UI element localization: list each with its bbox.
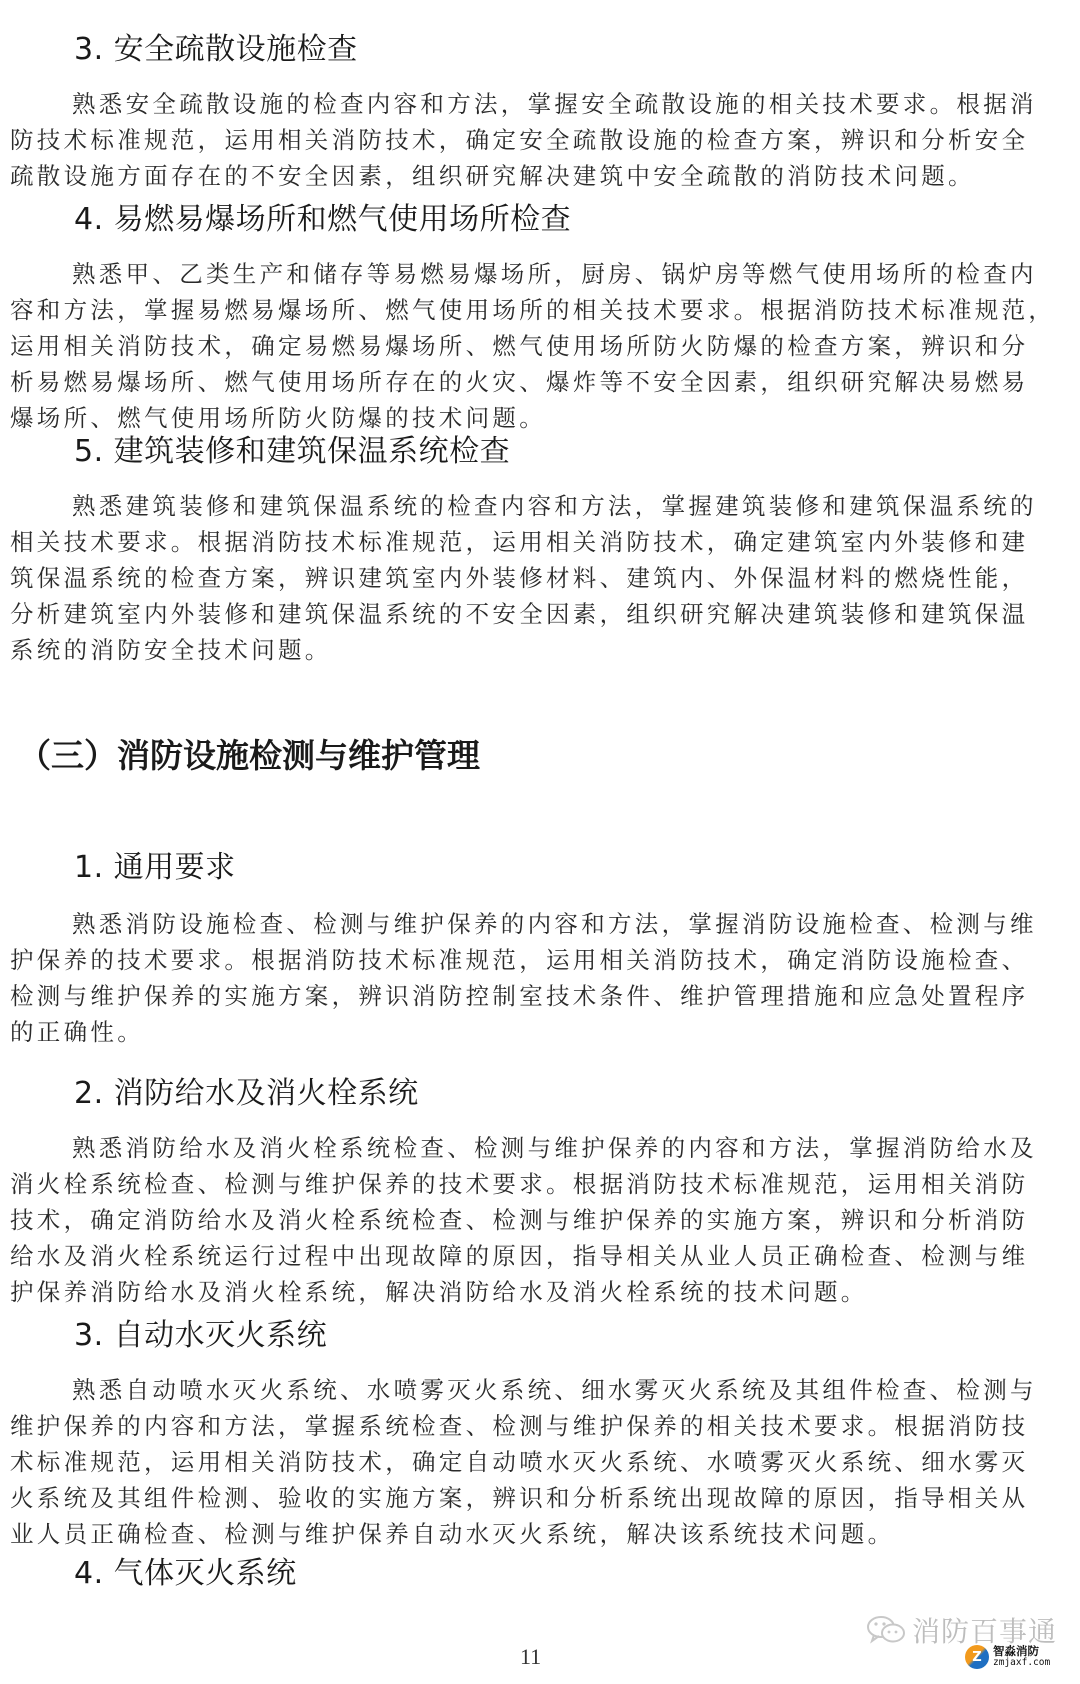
paragraph-line: 护保养消防给水及消火栓系统，解决消防给水及消火栓系统的技术问题。 [10, 1274, 1070, 1310]
section-paragraph: 熟悉建筑装修和建筑保温系统的检查内容和方法，掌握建筑装修和建筑保温系统的 相关技… [10, 488, 1070, 668]
paragraph-line: 容和方法，掌握易燃易爆场所、燃气使用场所的相关技术要求。根据消防技术标准规范， [10, 292, 1070, 328]
site-logo: Z 智淼消防 zmjaxf.com [965, 1645, 1050, 1669]
wechat-icon [866, 1614, 906, 1646]
section-heading: 4. 易燃易爆场所和燃气使用场所检查 [74, 200, 571, 240]
paragraph-line: 火系统及其组件检测、验收的实施方案，辨识和分析系统出现故障的原因，指导相关从 [10, 1480, 1070, 1516]
paragraph-line: 析易燃易爆场所、燃气使用场所存在的火灾、爆炸等不安全因素，组织研究解决易燃易 [10, 364, 1070, 400]
paragraph-line: 护保养的技术要求。根据消防技术标准规范，运用相关消防技术，确定消防设施检查、 [10, 942, 1070, 978]
paragraph-line: 熟悉建筑装修和建筑保温系统的检查内容和方法，掌握建筑装修和建筑保温系统的 [10, 488, 1070, 524]
paragraph-line: 相关技术要求。根据消防技术标准规范，运用相关消防技术，确定建筑室内外装修和建 [10, 524, 1070, 560]
paragraph-line: 检测与维护保养的实施方案，辨识消防控制室技术条件、维护管理措施和应急处置程序 [10, 978, 1070, 1014]
paragraph-line: 防技术标准规范，运用相关消防技术，确定安全疏散设施的检查方案，辨识和分析安全 [10, 122, 1070, 158]
paragraph-line: 术标准规范，运用相关消防技术，确定自动喷水灭火系统、水喷雾灭火系统、细水雾灭 [10, 1444, 1070, 1480]
subsection-paragraph: 熟悉消防设施检查、检测与维护保养的内容和方法，掌握消防设施检查、检测与维 护保养… [10, 906, 1070, 1050]
section-heading: 5. 建筑装修和建筑保温系统检查 [74, 432, 510, 472]
subsection-heading: 2. 消防给水及消火栓系统 [74, 1074, 419, 1114]
paragraph-line: 熟悉甲、乙类生产和储存等易燃易爆场所，厨房、锅炉房等燃气使用场所的检查内 [10, 256, 1070, 292]
paragraph-line: 的正确性。 [10, 1014, 1070, 1050]
paragraph-line: 系统的消防安全技术问题。 [10, 632, 1070, 668]
paragraph-line: 业人员正确检查、检测与维护保养自动水灭火系统，解决该系统技术问题。 [10, 1516, 1070, 1552]
document-page: 3. 安全疏散设施检查 熟悉安全疏散设施的检查内容和方法，掌握安全疏散设施的相关… [0, 0, 1080, 1684]
subsection-heading: 3. 自动水灭火系统 [74, 1316, 327, 1356]
page-number: 11 [520, 1644, 541, 1670]
logo-name: 智淼消防 [993, 1645, 1050, 1657]
paragraph-line: 维护保养的内容和方法，掌握系统检查、检测与维护保养的相关技术要求。根据消防技 [10, 1408, 1070, 1444]
paragraph-line: 筑保温系统的检查方案，辨识建筑室内外装修材料、建筑内、外保温材料的燃烧性能， [10, 560, 1070, 596]
paragraph-line: 技术，确定消防给水及消火栓系统检查、检测与维护保养的实施方案，辨识和分析消防 [10, 1202, 1070, 1238]
section-paragraph: 熟悉甲、乙类生产和储存等易燃易爆场所，厨房、锅炉房等燃气使用场所的检查内 容和方… [10, 256, 1070, 436]
paragraph-line: 给水及消火栓系统运行过程中出现故障的原因，指导相关从业人员正确检查、检测与维 [10, 1238, 1070, 1274]
logo-mark-icon: Z [965, 1645, 989, 1669]
paragraph-line: 运用相关消防技术，确定易燃易爆场所、燃气使用场所防火防爆的检查方案，辨识和分 [10, 328, 1070, 364]
paragraph-line: 熟悉安全疏散设施的检查内容和方法，掌握安全疏散设施的相关技术要求。根据消 [10, 86, 1070, 122]
subsection-heading: 1. 通用要求 [74, 848, 236, 888]
chapter-heading: （三）消防设施检测与维护管理 [18, 734, 480, 778]
paragraph-line: 爆场所、燃气使用场所防火防爆的技术问题。 [10, 400, 1070, 436]
logo-text: 智淼消防 zmjaxf.com [993, 1645, 1050, 1669]
paragraph-line: 消火栓系统检查、检测与维护保养的技术要求。根据消防技术标准规范，运用相关消防 [10, 1166, 1070, 1202]
section-paragraph: 熟悉安全疏散设施的检查内容和方法，掌握安全疏散设施的相关技术要求。根据消 防技术… [10, 86, 1070, 194]
paragraph-line: 疏散设施方面存在的不安全因素，组织研究解决建筑中安全疏散的消防技术问题。 [10, 158, 1070, 194]
section-heading: 3. 安全疏散设施检查 [74, 30, 358, 70]
subsection-paragraph: 熟悉消防给水及消火栓系统检查、检测与维护保养的内容和方法，掌握消防给水及 消火栓… [10, 1130, 1070, 1310]
subsection-heading: 4. 气体灭火系统 [74, 1554, 297, 1594]
paragraph-line: 分析建筑室内外装修和建筑保温系统的不安全因素，组织研究解决建筑装修和建筑保温 [10, 596, 1070, 632]
paragraph-line: 熟悉消防设施检查、检测与维护保养的内容和方法，掌握消防设施检查、检测与维 [10, 906, 1070, 942]
paragraph-line: 熟悉消防给水及消火栓系统检查、检测与维护保养的内容和方法，掌握消防给水及 [10, 1130, 1070, 1166]
subsection-paragraph: 熟悉自动喷水灭火系统、水喷雾灭火系统、细水雾灭火系统及其组件检查、检测与 维护保… [10, 1372, 1070, 1552]
paragraph-line: 熟悉自动喷水灭火系统、水喷雾灭火系统、细水雾灭火系统及其组件检查、检测与 [10, 1372, 1070, 1408]
logo-url: zmjaxf.com [993, 1657, 1050, 1669]
